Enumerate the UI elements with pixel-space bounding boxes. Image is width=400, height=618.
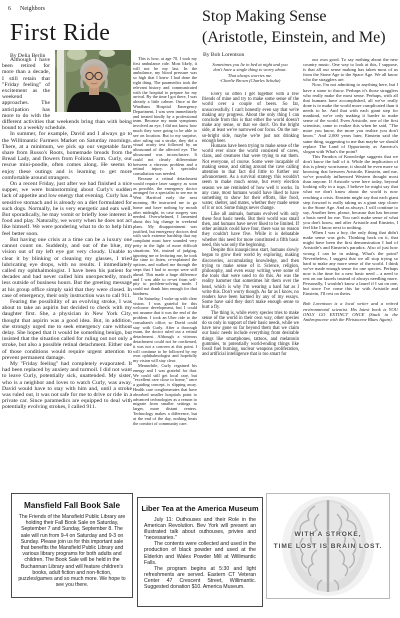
paragraph: In summer, for example, David and I alwa… xyxy=(2,131,132,181)
article2-title: Stop Making Sense (Aristotle, Einstein, … xyxy=(202,6,398,48)
ad-text-line2: TIME LOST IS BRAIN LOST. xyxy=(267,543,389,550)
liber-tea-box: Liber Tea at the America Museum July 11:… xyxy=(137,497,263,607)
paragraph: The thing is, while every species tries … xyxy=(202,311,299,358)
liber-tea-body: July 11: Outhouses and their Role in the… xyxy=(144,517,256,590)
article1-column-2: This is how, at age 70, I took my first … xyxy=(133,57,197,477)
paragraph: This Paradox of Knowledge suggests that … xyxy=(303,154,398,230)
paragraph: On a recent Friday, just after we had fi… xyxy=(2,181,132,237)
paragraph: Meanwhile, Curly regained his energy and… xyxy=(133,364,197,426)
paragraph: Because a retinal detachment would requi… xyxy=(133,177,197,297)
paragraph: Humans have been trying to make sense of… xyxy=(202,144,299,212)
paragraph: Now, I'm not admitting to anything here,… xyxy=(303,82,398,153)
article2-title-line2: (Aristotle, Einstein, and Me) xyxy=(202,27,398,48)
article2-byline: By Bob Lorentson xyxy=(203,52,244,58)
book-sale-title: Mansfield Fall Book Sale xyxy=(16,501,128,510)
paragraph: Every so often I get together with a few… xyxy=(202,92,299,144)
paragraph: -Charlie Brown (Charles Schultz) xyxy=(200,78,300,83)
paragraph: On Saturday, I woke up with clear vision… xyxy=(133,297,197,364)
article2-author-bio: Bob Lorentson is a local writer and a re… xyxy=(303,301,398,321)
stroke-awareness-ad: WITH A STROKE, TIME LOST IS BRAIN LOST. xyxy=(266,493,390,599)
article2-column-1: Every so often I get together with a few… xyxy=(202,92,299,490)
paragraph: July 11: Outhouses and their Role in the… xyxy=(144,517,256,541)
ad-text-line1: WITH A STROKE, xyxy=(267,531,389,538)
book-sale-box: Mansfield Fall Book Sale The Friends of … xyxy=(11,493,133,598)
article1-title: First Ride xyxy=(10,20,110,47)
paragraph: The program begins at 5:30 and light ref… xyxy=(144,566,256,590)
article2-title-line1: Stop Making Sense xyxy=(202,6,398,27)
paragraph: The contents were collected and used in … xyxy=(144,541,256,565)
article2-epigraph: Sometimes you lie in bed at night and yo… xyxy=(200,62,300,84)
publication-name: Neighbors xyxy=(20,6,45,12)
newspaper-page: 6Neighbors First Ride By Delia Berlin xyxy=(0,0,400,618)
article1-column-1: Although I have been retired for more th… xyxy=(2,57,132,487)
page-header: 6Neighbors xyxy=(8,6,45,12)
paragraph: Fearing the possibility of an evolving s… xyxy=(2,299,132,361)
paragraph: Despite this inauspicious start, humans … xyxy=(202,248,299,310)
liber-tea-title: Liber Tea at the America Museum xyxy=(141,504,259,513)
paragraph: But having one crisis at a time can be a… xyxy=(2,237,132,299)
paragraph: When I was a boy, the only thing that di… xyxy=(303,230,398,296)
paragraph: My "Friday feeling" had completely evapo… xyxy=(2,361,132,411)
paragraph: This is how, at age 70, I took my first … xyxy=(133,57,197,177)
book-sale-body: The Friends of the Mansfield Public Libr… xyxy=(18,514,126,588)
paragraph: Like all animals, humans evolved with on… xyxy=(202,212,299,248)
photo-wrap-spacer xyxy=(50,57,132,113)
paragraph: our own good. To say nothing about the n… xyxy=(303,57,398,82)
page-number: 6 xyxy=(8,6,11,12)
article2-column-2: our own good. To say nothing about the n… xyxy=(303,57,398,485)
